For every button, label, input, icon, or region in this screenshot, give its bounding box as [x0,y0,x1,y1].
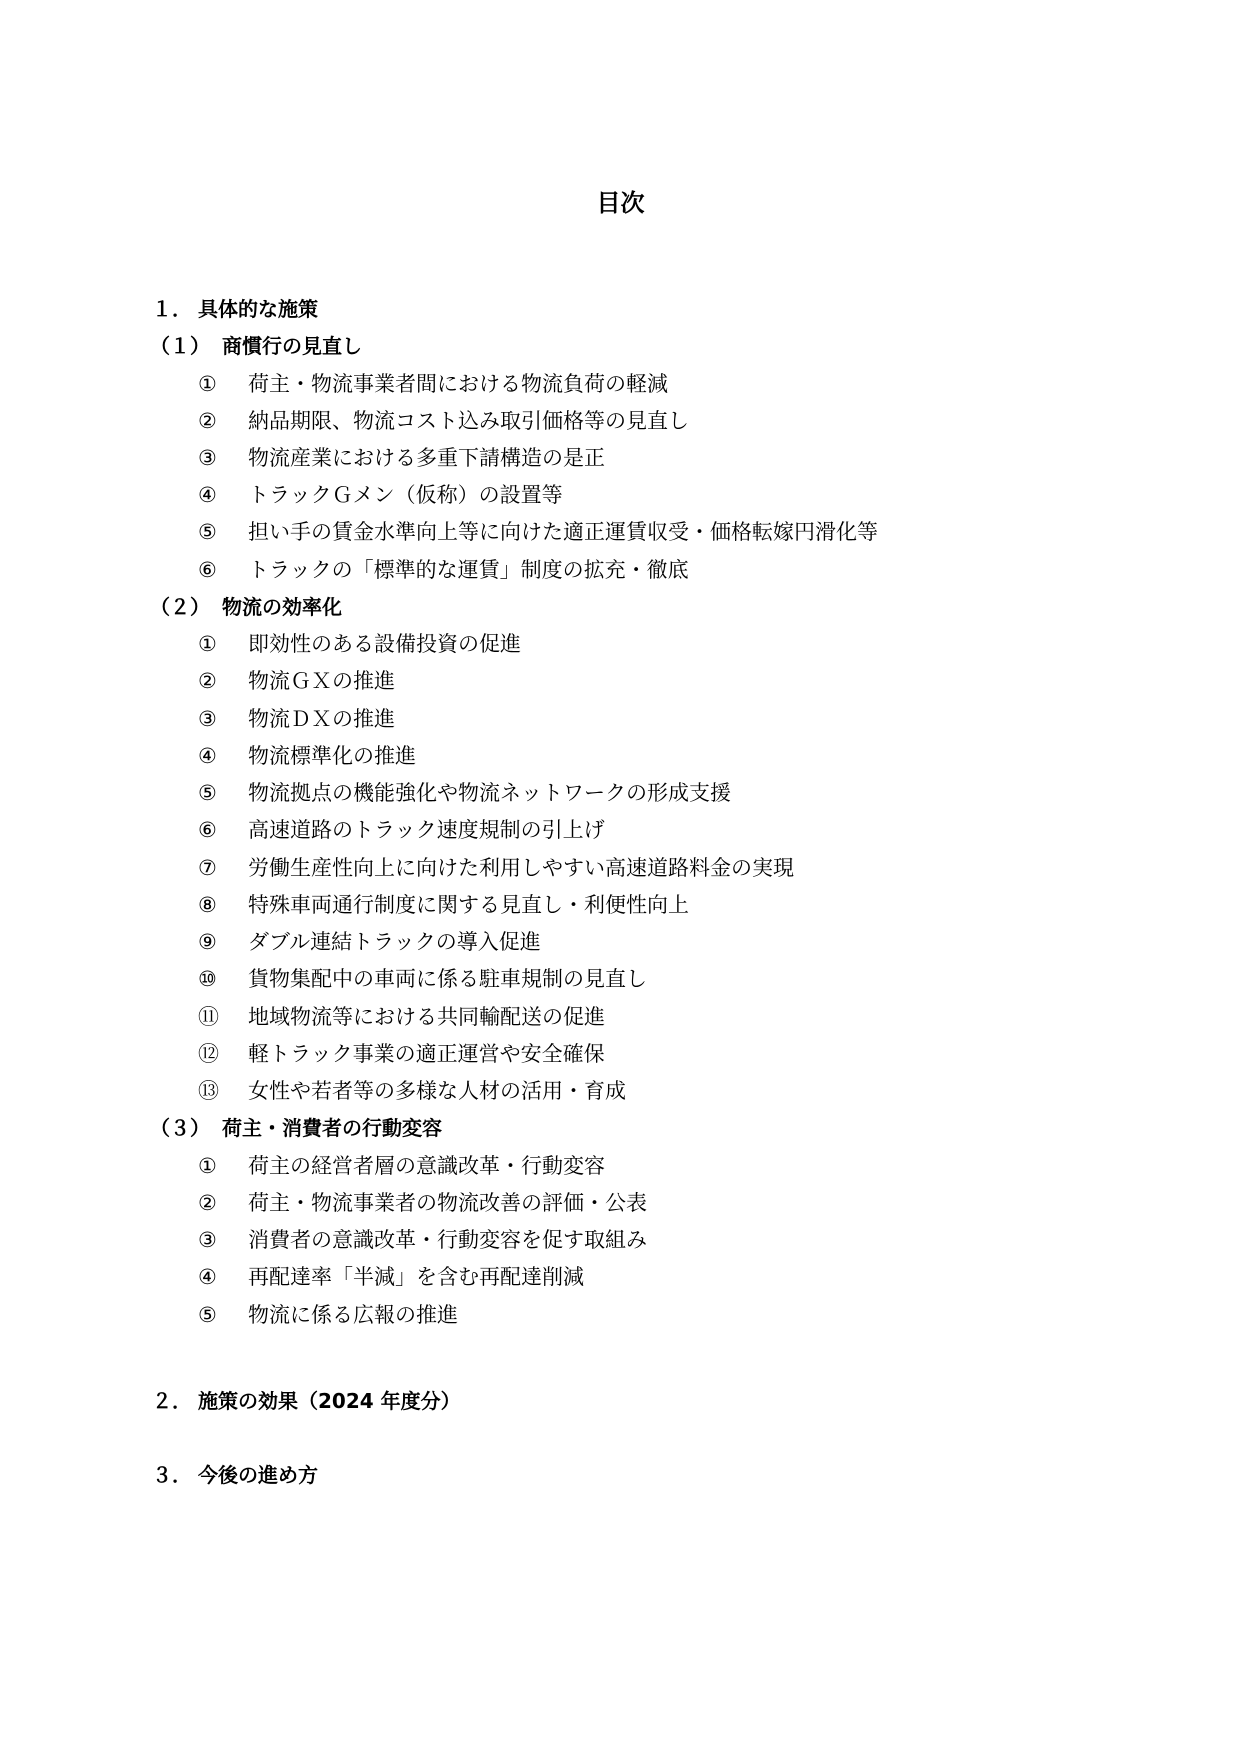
toc-item[interactable]: ⑨ダブル連結トラックの導入促進 [198,929,541,955]
toc-item[interactable]: ③物流ＤＸの推進 [198,706,395,732]
item-number: ⑥ [198,557,248,583]
item-number: ④ [198,482,248,508]
toc-item[interactable]: ③物流産業における多重下請構造の是正 [198,445,605,471]
item-number: ⑩ [198,966,248,992]
item-number: ⑦ [198,855,248,881]
item-text: 物流産業における多重下請構造の是正 [248,446,605,470]
item-text: トラックの「標準的な運賃」制度の拡充・徹底 [248,558,689,582]
toc-subsection-1-2[interactable]: （２）物流の効率化 [150,594,342,620]
section-label: 具体的な施策 [198,297,318,321]
toc-page: 目次 １．具体的な施策 （１）商慣行の見直し ①荷主・物流事業者間における物流負… [0,0,1241,1754]
item-text: 物流ＤＸの推進 [248,707,395,731]
section-number: ２． [152,1388,198,1414]
item-text: トラックＧメン（仮称）の設置等 [248,483,563,507]
toc-item[interactable]: ⑤物流拠点の機能強化や物流ネットワークの形成支援 [198,780,731,806]
item-number: ① [198,631,248,657]
item-text: 軽トラック事業の適正運営や安全確保 [248,1042,605,1066]
item-number: ② [198,1190,248,1216]
item-text: 担い手の賃金水準向上等に向けた適正運賃収受・価格転嫁円滑化等 [248,520,878,544]
toc-item[interactable]: ⑦労働生産性向上に向けた利用しやすい高速道路料金の実現 [198,855,794,881]
toc-item[interactable]: ⑫軽トラック事業の適正運営や安全確保 [198,1041,605,1067]
toc-item[interactable]: ⑩貨物集配中の車両に係る駐車規制の見直し [198,966,647,992]
item-number: ④ [198,1264,248,1290]
item-text: 荷主の経営者層の意識改革・行動変容 [248,1154,605,1178]
toc-item[interactable]: ②納品期限、物流コスト込み取引価格等の見直し [198,408,689,434]
toc-item[interactable]: ⑬女性や若者等の多様な人材の活用・育成 [198,1078,626,1104]
item-number: ⑪ [198,1004,248,1030]
item-number: ③ [198,1227,248,1253]
toc-section-1[interactable]: １．具体的な施策 [152,296,318,322]
item-number: ⑤ [198,780,248,806]
toc-item[interactable]: ④物流標準化の推進 [198,743,416,769]
toc-item[interactable]: ⑥トラックの「標準的な運賃」制度の拡充・徹底 [198,557,689,583]
item-number: ④ [198,743,248,769]
toc-item[interactable]: ④トラックＧメン（仮称）の設置等 [198,482,563,508]
toc-item[interactable]: ③消費者の意識改革・行動変容を促す取組み [198,1227,647,1253]
item-text: 地域物流等における共同輸配送の促進 [248,1005,605,1029]
item-text: 物流ＧＸの推進 [248,669,395,693]
toc-section-2[interactable]: ２．施策の効果（2024 年度分） [152,1388,461,1414]
item-text: 特殊車両通行制度に関する見直し・利便性向上 [248,893,689,917]
toc-item[interactable]: ②物流ＧＸの推進 [198,668,395,694]
item-number: ⑨ [198,929,248,955]
section-label: 施策の効果（2024 年度分） [198,1389,461,1413]
subsection-label: 物流の効率化 [222,595,342,619]
item-text: 再配達率「半減」を含む再配達削減 [248,1265,584,1289]
subsection-number: （１） [150,333,222,359]
item-text: 即効性のある設備投資の促進 [248,632,521,656]
item-number: ⑫ [198,1041,248,1067]
item-text: 貨物集配中の車両に係る駐車規制の見直し [248,967,647,991]
toc-item[interactable]: ②荷主・物流事業者の物流改善の評価・公表 [198,1190,647,1216]
toc-subsection-1-3[interactable]: （３）荷主・消費者の行動変容 [150,1115,442,1141]
subsection-number: （３） [150,1115,222,1141]
item-text: 物流標準化の推進 [248,744,416,768]
item-text: 荷主・物流事業者の物流改善の評価・公表 [248,1191,647,1215]
item-text: 納品期限、物流コスト込み取引価格等の見直し [248,409,689,433]
section-number: １． [152,296,198,322]
item-text: 消費者の意識改革・行動変容を促す取組み [248,1228,647,1252]
toc-item[interactable]: ①荷主・物流事業者間における物流負荷の軽減 [198,371,668,397]
item-number: ⑤ [198,519,248,545]
item-number: ⑥ [198,817,248,843]
toc-item[interactable]: ⑥高速道路のトラック速度規制の引上げ [198,817,605,843]
item-text: 物流拠点の機能強化や物流ネットワークの形成支援 [248,781,731,805]
item-number: ⑧ [198,892,248,918]
item-number: ⑤ [198,1302,248,1328]
section-number: ３． [152,1462,198,1488]
item-number: ② [198,668,248,694]
item-number: ① [198,371,248,397]
toc-item[interactable]: ⑧特殊車両通行制度に関する見直し・利便性向上 [198,892,689,918]
toc-item[interactable]: ⑤担い手の賃金水準向上等に向けた適正運賃収受・価格転嫁円滑化等 [198,519,878,545]
toc-item[interactable]: ①即効性のある設備投資の促進 [198,631,521,657]
toc-item[interactable]: ⑪地域物流等における共同輸配送の促進 [198,1004,605,1030]
item-text: ダブル連結トラックの導入促進 [248,930,541,954]
subsection-label: 荷主・消費者の行動変容 [222,1116,442,1140]
item-text: 物流に係る広報の推進 [248,1303,458,1327]
toc-item[interactable]: ①荷主の経営者層の意識改革・行動変容 [198,1153,605,1179]
toc-item[interactable]: ④再配達率「半減」を含む再配達削減 [198,1264,584,1290]
item-number: ③ [198,445,248,471]
toc-section-3[interactable]: ３．今後の進め方 [152,1462,318,1488]
item-number: ① [198,1153,248,1179]
section-label: 今後の進め方 [198,1463,318,1487]
item-number: ③ [198,706,248,732]
item-number: ② [198,408,248,434]
page-title: 目次 [0,188,1241,218]
subsection-number: （２） [150,594,222,620]
toc-item[interactable]: ⑤物流に係る広報の推進 [198,1302,458,1328]
item-text: 女性や若者等の多様な人材の活用・育成 [248,1079,626,1103]
toc-subsection-1-1[interactable]: （１）商慣行の見直し [150,333,362,359]
item-number: ⑬ [198,1078,248,1104]
subsection-label: 商慣行の見直し [222,334,362,358]
item-text: 荷主・物流事業者間における物流負荷の軽減 [248,372,668,396]
item-text: 労働生産性向上に向けた利用しやすい高速道路料金の実現 [248,856,794,880]
item-text: 高速道路のトラック速度規制の引上げ [248,818,605,842]
